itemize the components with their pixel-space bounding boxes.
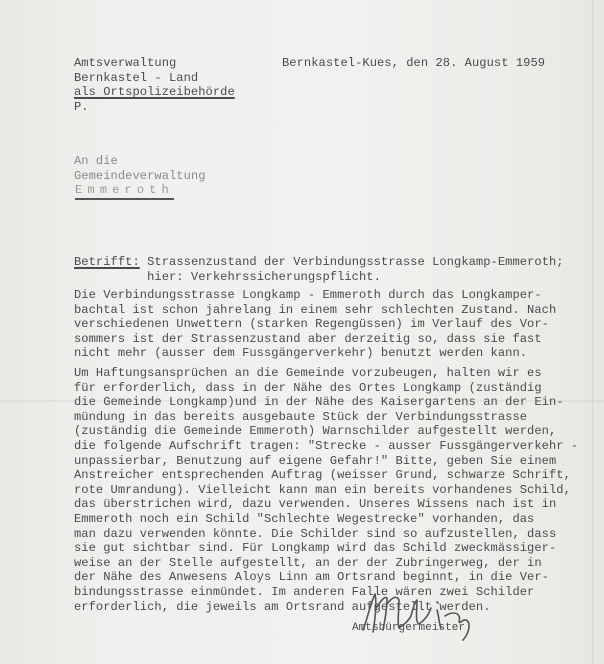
text-line: (zuständig die Gemeinde Emmeroth) Warnsc…	[74, 424, 556, 438]
subject-label: Betrifft:	[74, 255, 140, 269]
text-line: Emmeroth noch ein Schild "Schlechte Wege…	[74, 512, 534, 526]
subject-block: Betrifft: Strassenzustand der Verbindung…	[74, 255, 564, 284]
text-line: weise an der Stelle aufgestellt, an der …	[74, 556, 542, 570]
sender-block: Amtsverwaltung Bernkastel - Land als Ort…	[74, 56, 235, 114]
text-line: sie gut sichtbar sind. Für Longkamp wird…	[74, 541, 556, 555]
text-line: verschiedenen Unwettern (starken Regengü…	[74, 317, 549, 331]
text-line: Anstreicher entsprechenden Auftrag (weis…	[74, 468, 571, 482]
date-line: Bernkastel-Kues, den 28. August 1959	[282, 56, 545, 71]
text-line: man dazu verwenden könnte. Die Schilder …	[74, 527, 556, 541]
text-line: die folgende Aufschrift tragen: "Strecke…	[74, 439, 578, 453]
recipient-line: An die	[74, 154, 118, 168]
text-line: sommers ist der Strassenzustand aber der…	[74, 332, 542, 346]
letter-page: Amtsverwaltung Bernkastel - Land als Ort…	[0, 0, 604, 664]
recipient-block: An die Gemeindeverwaltung	[74, 154, 206, 183]
recipient-town: Emmeroth	[75, 183, 174, 200]
text-line: nicht mehr (ausser dem Fussgängerverkehr…	[74, 346, 527, 360]
text-line: mündung in das bereits ausgebaute Stück …	[74, 410, 527, 424]
text-line: der Nähe des Anwesens Aloys Linn am Orts…	[74, 570, 549, 584]
text-line: bachtal ist schon jahrelang in einem seh…	[74, 303, 556, 317]
sender-line: Bernkastel - Land	[74, 71, 198, 85]
paragraph-1: Die Verbindungsstrasse Longkamp - Emmero…	[74, 288, 556, 361]
subject-line: hier: Verkehrssicherungspflicht.	[147, 270, 381, 284]
text-line: das überstrichen wird, dazu verwenden. U…	[74, 497, 556, 511]
sender-line: P.	[74, 100, 89, 114]
text-line: Die Verbindungsstrasse Longkamp - Emmero…	[74, 288, 542, 302]
sender-line: Amtsverwaltung	[74, 56, 176, 70]
paper-edge	[592, 0, 593, 664]
signature-title: Amtsbürgermeister	[352, 621, 465, 636]
recipient-line: Gemeindeverwaltung	[74, 169, 206, 183]
text-line: für erforderlich, dass in der Nähe des O…	[74, 381, 542, 395]
text-line: unpassierbar, Benutzung auf eigene Gefah…	[74, 454, 556, 468]
subject-line: Strassenzustand der Verbindungsstrasse L…	[147, 255, 564, 269]
text-line: die Gemeinde Longkamp)und in der Nähe de…	[74, 395, 564, 409]
text-line: rote Umrandung). Vielleicht kann man ein…	[74, 483, 571, 497]
paragraph-2: Um Haftungsansprüchen an die Gemeinde vo…	[74, 366, 578, 614]
sender-line-authority: als Ortspolizeibehörde	[74, 85, 235, 99]
text-line: Um Haftungsansprüchen an die Gemeinde vo…	[74, 366, 542, 380]
